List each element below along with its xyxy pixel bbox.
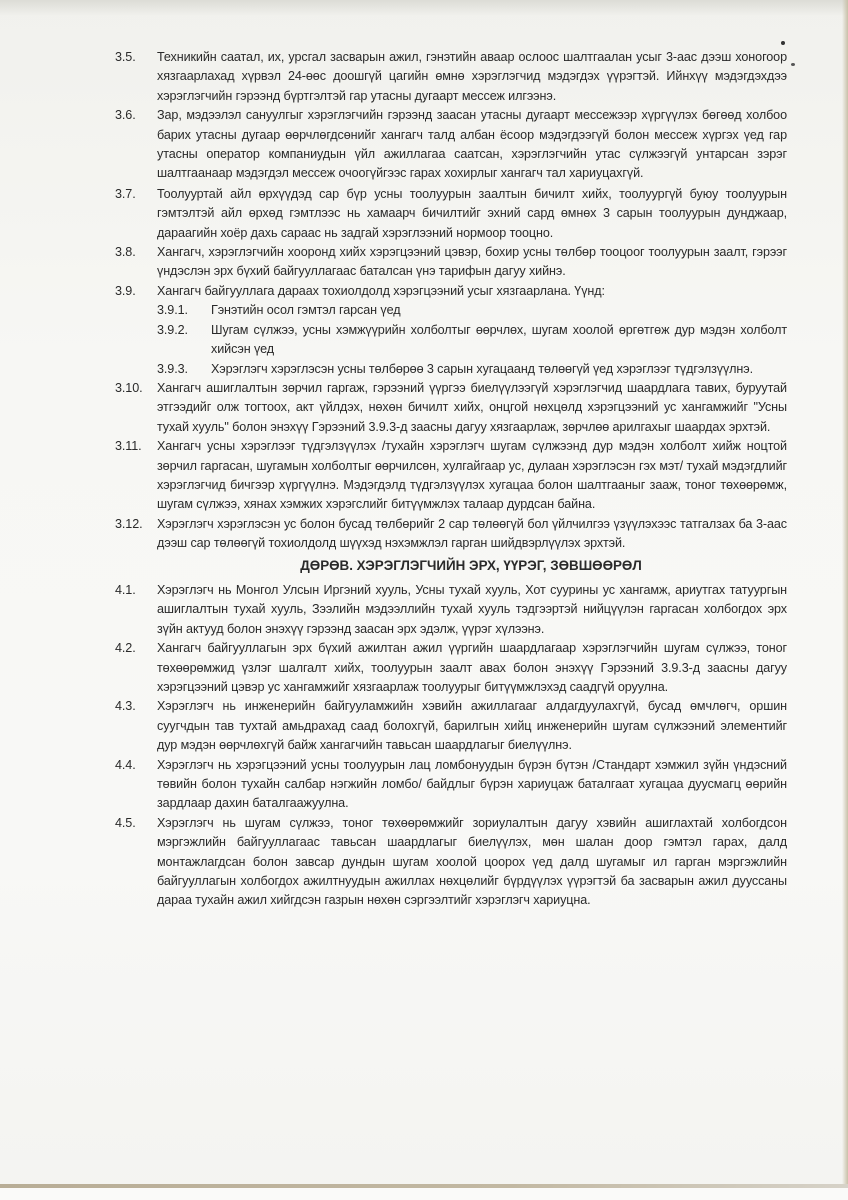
clause-number: 3.10.	[115, 379, 143, 398]
clause-text: Хэрэглэгч нь инженерийн байгууламжийн хэ…	[157, 699, 787, 752]
document-body: 3.5. Техникийн саатал, их, урсгал засвар…	[115, 48, 787, 911]
clause-3-5: 3.5. Техникийн саатал, их, урсгал засвар…	[115, 48, 787, 106]
clause-number: 3.5.	[115, 48, 136, 67]
clause-number: 3.6.	[115, 106, 136, 125]
background-below-page	[0, 1188, 848, 1200]
clause-3-11: 3.11. Хангагч усны хэрэглээг түдгэлзүүлэ…	[115, 437, 787, 515]
clause-4-1: 4.1. Хэрэглэгч нь Монгол Улсын Иргэний х…	[115, 581, 787, 639]
clause-text: Хэрэглэгч хэрэглэсэн ус болон бусад төлб…	[157, 517, 787, 550]
clause-3-6: 3.6. Зар, мэдээлэл сануулгыг хэрэглэгчий…	[115, 106, 787, 184]
clause-text: Хангагч ашиглалтын зөрчил гаргаж, гэрээн…	[157, 381, 787, 434]
clause-text: Техникийн саатал, их, урсгал засварын аж…	[157, 50, 787, 103]
section-3-late-clauses: 3.10. Хангагч ашиглалтын зөрчил гаргаж, …	[115, 379, 787, 554]
section-4-heading: ДӨРӨВ. ХЭРЭГЛЭГЧИЙН ЭРХ, ҮҮРЭГ, ЗӨВШӨӨРӨ…	[155, 556, 787, 575]
clause-3-12: 3.12. Хэрэглэгч хэрэглэсэн ус болон буса…	[115, 515, 787, 554]
clause-number: 3.9.	[115, 282, 136, 301]
clause-3-7: 3.7. Тоолууртай айл өрхүүдэд сар бүр усн…	[115, 185, 787, 243]
subclause-number: 3.9.2.	[157, 321, 188, 340]
scan-speck	[791, 63, 795, 66]
clause-4-5: 4.5. Хэрэглэгч нь шугам сүлжээ, тоног тө…	[115, 814, 787, 911]
clause-text: Хангагч усны хэрэглээг түдгэлзүүлэх /тух…	[157, 439, 787, 511]
clause-text: Тоолууртай айл өрхүүдэд сар бүр усны тоо…	[157, 187, 787, 240]
clause-number: 3.11.	[115, 437, 142, 456]
clause-number: 4.2.	[115, 639, 136, 658]
clause-4-4: 4.4. Хэрэглэгч нь хэрэгцээний усны тоолу…	[115, 756, 787, 814]
clause-3-9: 3.9. Хангагч байгууллага дараах тохиолдо…	[115, 282, 787, 301]
page-right-edge	[842, 0, 848, 1185]
clause-number: 4.4.	[115, 756, 136, 775]
clause-number: 4.3.	[115, 697, 136, 716]
section-3-9-subclauses: 3.9.1. Гэнэтийн осол гэмтэл гарсан үед 3…	[115, 301, 787, 379]
scan-speck	[781, 41, 785, 45]
clause-text: Хэрэглэгч нь шугам сүлжээ, тоног төхөөрө…	[157, 816, 787, 908]
clause-text: Хэрэглэгч нь Монгол Улсын Иргэний хууль,…	[157, 583, 787, 636]
subclause-number: 3.9.1.	[157, 301, 188, 320]
clause-3-10: 3.10. Хангагч ашиглалтын зөрчил гаргаж, …	[115, 379, 787, 437]
subclause-text: Хэрэглэгч хэрэглэсэн усны төлбөрөө 3 сар…	[211, 362, 753, 376]
clause-number: 3.7.	[115, 185, 136, 204]
page-top-shadow	[0, 0, 848, 16]
subclause-3-9-1: 3.9.1. Гэнэтийн осол гэмтэл гарсан үед	[115, 301, 787, 320]
clause-text: Хангагч байгууллагын эрх бүхий ажилтан а…	[157, 641, 787, 694]
scanned-page: 3.5. Техникийн саатал, их, урсгал засвар…	[0, 0, 848, 1200]
clause-number: 3.12.	[115, 515, 143, 534]
clause-text: Зар, мэдээлэл сануулгыг хэрэглэгчийн гэр…	[157, 108, 787, 180]
clause-3-8: 3.8. Хангагч, хэрэглэгчийн хооронд хийх …	[115, 243, 787, 282]
clause-text: Хэрэглэгч нь хэрэгцээний усны тоолуурын …	[157, 758, 787, 811]
subclause-3-9-3: 3.9.3. Хэрэглэгч хэрэглэсэн усны төлбөрө…	[115, 360, 787, 379]
clause-number: 4.1.	[115, 581, 136, 600]
clause-4-2: 4.2. Хангагч байгууллагын эрх бүхий ажил…	[115, 639, 787, 697]
section-4-clauses: 4.1. Хэрэглэгч нь Монгол Улсын Иргэний х…	[115, 581, 787, 911]
clause-number: 4.5.	[115, 814, 136, 833]
section-3-clauses: 3.5. Техникийн саатал, их, урсгал засвар…	[115, 48, 787, 301]
subclause-text: Шугам сүлжээ, усны хэмжүүрийн холболтыг …	[211, 323, 787, 356]
subclause-text: Гэнэтийн осол гэмтэл гарсан үед	[211, 303, 400, 317]
clause-text: Хангагч, хэрэглэгчийн хооронд хийх хэрэг…	[157, 245, 787, 278]
subclause-3-9-2: 3.9.2. Шугам сүлжээ, усны хэмжүүрийн хол…	[115, 321, 787, 360]
subclause-number: 3.9.3.	[157, 360, 188, 379]
clause-number: 3.8.	[115, 243, 136, 262]
clause-text: Хангагч байгууллага дараах тохиолдолд хэ…	[157, 284, 605, 298]
clause-4-3: 4.3. Хэрэглэгч нь инженерийн байгууламжи…	[115, 697, 787, 755]
